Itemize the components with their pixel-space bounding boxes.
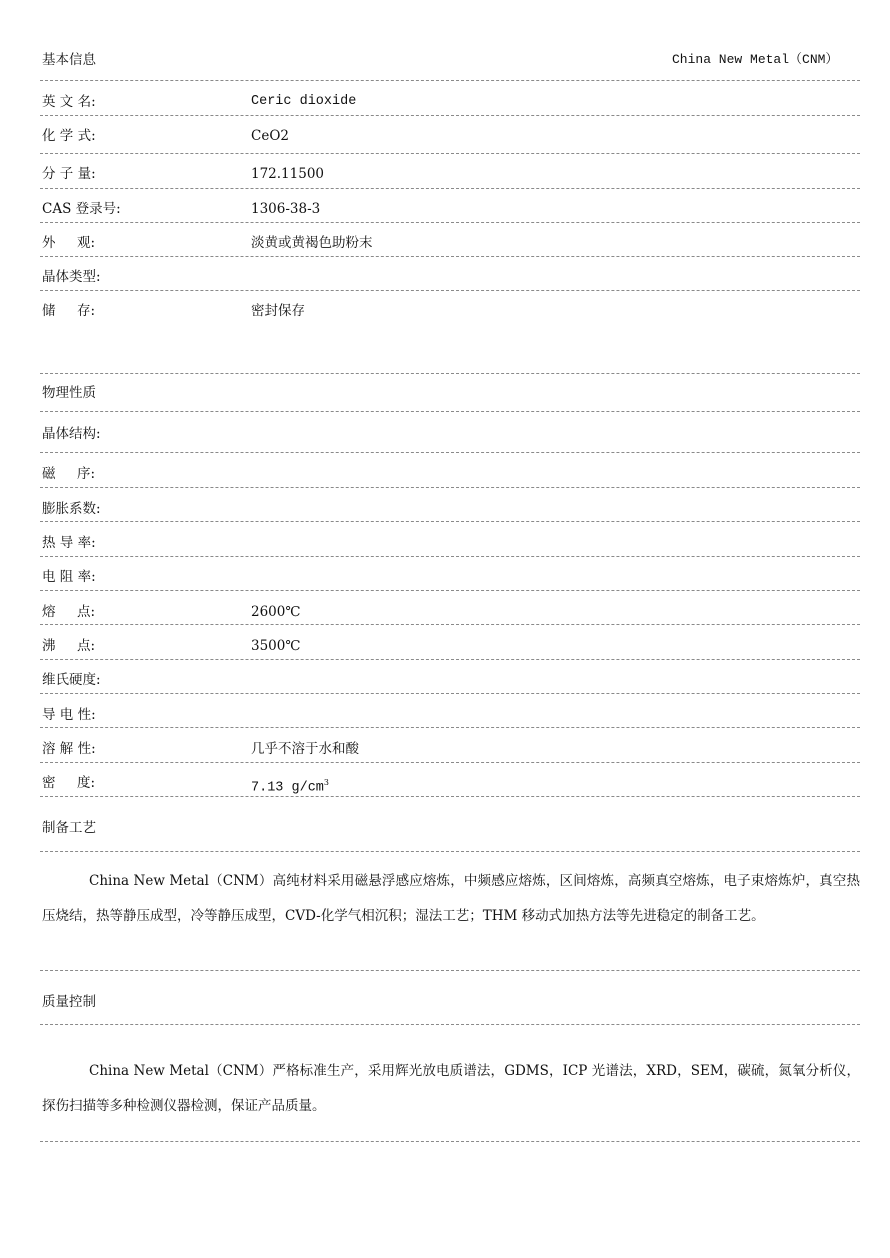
divider bbox=[40, 970, 860, 971]
section-title-preparation: 制备工艺 bbox=[42, 819, 96, 837]
value-molecular-weight: 172.11500 bbox=[251, 165, 324, 183]
label-appearance: 外 观: bbox=[42, 234, 95, 252]
divider bbox=[40, 1024, 860, 1025]
value-formula: CeO2 bbox=[251, 127, 289, 145]
divider bbox=[40, 411, 860, 412]
section-title-quality: 质量控制 bbox=[42, 993, 96, 1011]
label-melting-point: 熔 点: bbox=[42, 603, 95, 621]
value-boiling-point: 3500℃ bbox=[251, 637, 300, 655]
divider bbox=[40, 762, 860, 763]
value-melting-point: 2600℃ bbox=[251, 603, 300, 621]
label-thermal-conductivity: 热 导 率: bbox=[42, 534, 96, 552]
divider bbox=[40, 256, 860, 257]
label-expansion-coefficient: 膨胀系数: bbox=[42, 500, 101, 518]
label-crystal-type: 晶体类型: bbox=[42, 268, 101, 286]
value-english-name: Ceric dioxide bbox=[251, 93, 356, 111]
label-magnetic-order: 磁 序: bbox=[42, 465, 95, 483]
divider bbox=[40, 624, 860, 625]
divider bbox=[40, 153, 860, 154]
label-solubility: 溶 解 性: bbox=[42, 740, 96, 758]
label-resistivity: 电 阻 率: bbox=[42, 568, 96, 586]
value-storage: 密封保存 bbox=[251, 302, 305, 320]
divider bbox=[40, 727, 860, 728]
label-vickers-hardness: 维氏硬度: bbox=[42, 671, 101, 689]
divider bbox=[40, 188, 860, 189]
divider bbox=[40, 80, 860, 81]
divider bbox=[40, 796, 860, 797]
label-english-name: 英 文 名: bbox=[42, 93, 96, 111]
label-boiling-point: 沸 点: bbox=[42, 637, 95, 655]
divider bbox=[40, 373, 860, 374]
density-value: 7.13 g/cm bbox=[251, 781, 324, 796]
divider bbox=[40, 659, 860, 660]
divider bbox=[40, 222, 860, 223]
label-storage: 储 存: bbox=[42, 302, 95, 320]
divider bbox=[40, 1141, 860, 1142]
label-conductivity: 导 电 性: bbox=[42, 706, 96, 724]
section-title-physical: 物理性质 bbox=[42, 384, 96, 402]
divider bbox=[40, 115, 860, 116]
section-title-basic-info: 基本信息 bbox=[42, 51, 96, 69]
value-solubility: 几乎不溶于水和酸 bbox=[251, 740, 359, 758]
divider bbox=[40, 521, 860, 522]
divider bbox=[40, 851, 860, 852]
value-density: 7.13 g/cm3 bbox=[251, 774, 329, 798]
divider bbox=[40, 693, 860, 694]
divider bbox=[40, 487, 860, 488]
company-name: China New Metal（CNM） bbox=[672, 51, 838, 69]
divider bbox=[40, 452, 860, 453]
divider bbox=[40, 556, 860, 557]
divider bbox=[40, 290, 860, 291]
label-molecular-weight: 分 子 量: bbox=[42, 165, 96, 183]
density-unit-exponent: 3 bbox=[324, 778, 329, 787]
value-cas: 1306-38-3 bbox=[251, 200, 320, 218]
divider bbox=[40, 590, 860, 591]
label-crystal-structure: 晶体结构: bbox=[42, 425, 101, 443]
preparation-paragraph: China New Metal（CNM）高纯材料采用磁悬浮感应熔炼，中频感应熔炼… bbox=[42, 864, 860, 934]
value-appearance: 淡黄或黄褐色助粉末 bbox=[251, 234, 373, 252]
label-density: 密 度: bbox=[42, 774, 95, 792]
label-cas: CAS 登录号: bbox=[42, 200, 121, 218]
label-formula: 化 学 式: bbox=[42, 127, 96, 145]
quality-paragraph: China New Metal（CNM）严格标准生产，采用辉光放电质谱法，GDM… bbox=[42, 1054, 860, 1124]
